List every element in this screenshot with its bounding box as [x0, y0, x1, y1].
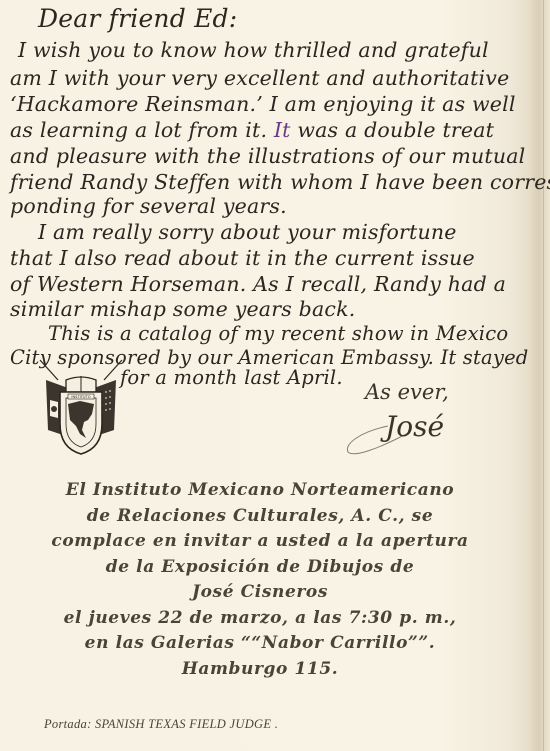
letter-line: that I also read about it in the current… [10, 246, 475, 270]
page-binding-edge [543, 0, 544, 751]
letter-line: ponding for several years. [10, 194, 287, 218]
invitation-line: José Cisneros [0, 580, 520, 606]
letter-line: I am really sorry about your misfortune [38, 220, 457, 244]
invitation-line: de Relaciones Culturales, A. C., se [0, 504, 520, 530]
purple-ink-word: It [274, 118, 291, 142]
signature: José [385, 410, 444, 443]
letter-line-text: was a double treat [291, 118, 495, 142]
letter-line-text: as learning a lot from it. [10, 118, 267, 142]
letter-line: and pleasure with the illustrations of o… [10, 144, 525, 168]
invitation-line: Hamburgo 115. [0, 657, 520, 683]
letter-line: am I with your very excellent and author… [10, 66, 509, 90]
letter-line: for a month last April. [120, 366, 343, 389]
letter-line: similar mishap some years back. [10, 297, 355, 321]
letter-line: as learning a lot from it. It was a doub… [10, 118, 494, 142]
invitation-line: en las Galerias ““Nabor Carrillo””. [0, 631, 520, 657]
invitation-line: de la Exposición de Dibujos de [0, 555, 520, 581]
closing: As ever, [365, 380, 449, 404]
cover-caption: Portada: SPANISH TEXAS FIELD JUDGE . [44, 717, 278, 732]
printed-invitation: El Instituto Mexicano Norteamericano de … [0, 478, 520, 682]
letter-line: ‘Hackamore Reinsman.’ I am enjoying it a… [10, 92, 516, 116]
letter-line: This is a catalog of my recent show in M… [48, 322, 508, 345]
invitation-line: el jueves 22 de marzo, a las 7:30 p. m., [0, 606, 520, 632]
invitation-line: El Instituto Mexicano Norteamericano [0, 478, 520, 504]
letter-line: friend Randy Steffen with whom I have be… [10, 170, 550, 194]
salutation: Dear friend Ed: [38, 4, 237, 33]
letter-page: Dear friend Ed: I wish you to know how t… [0, 0, 550, 751]
invitation-line: complace en invitar a usted a la apertur… [0, 529, 520, 555]
institute-emblem-icon: INSTITUTO [36, 358, 126, 458]
letter-line: I wish you to know how thrilled and grat… [18, 38, 489, 62]
emblem-ring-text: INSTITUTO [71, 395, 90, 399]
letter-line: of Western Horseman. As I recall, Randy … [10, 272, 506, 296]
